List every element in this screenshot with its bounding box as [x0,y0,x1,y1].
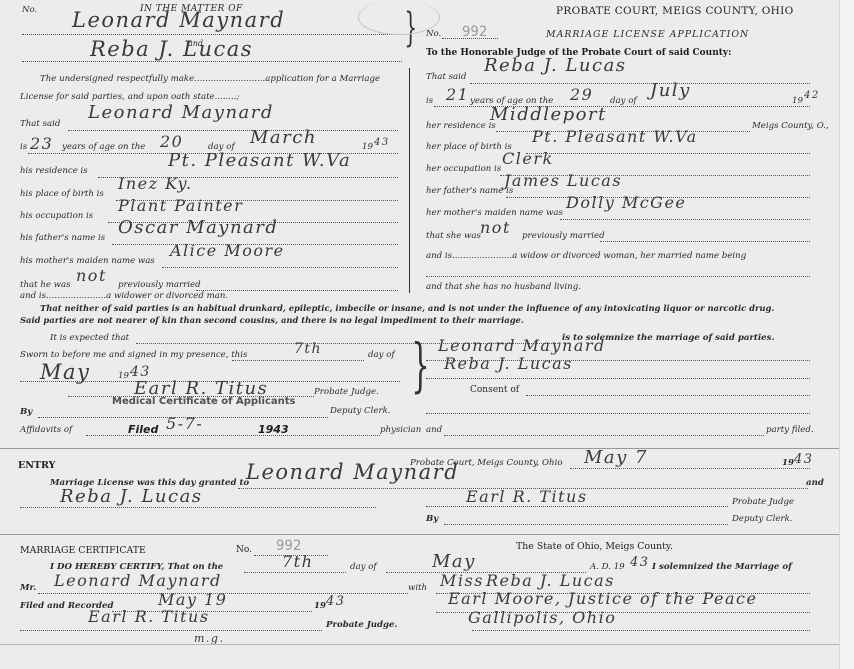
column-divider [409,68,410,293]
physician-label: physician [380,425,421,435]
groom-occupation-value: Plant Painter [118,196,243,215]
certificate-judge-line [20,630,322,631]
bottom-edge-line [0,644,840,645]
section-divider-entry [0,448,840,449]
applicant-signature-bride: Reba J. Lucas [444,354,573,373]
filed-year: 1943 [258,423,289,436]
intro-line-1: The undersigned respectfully make.......… [40,74,380,84]
groom-occupation-label: his occupation is [20,211,93,221]
groom-widower-line: and is......................a widower or… [20,291,228,301]
sworn-day-line [232,360,364,361]
affidavits-label: Affidavits of [20,425,72,435]
certificate-day: 7th [282,552,313,571]
entry-judge-signature: Earl R. Titus [466,487,588,506]
entry-groom: Leonard Maynard [246,460,459,484]
matter-no-label: No. [22,5,37,15]
bride-birthplace-label: her place of birth is [426,142,512,152]
bride-that-said-value: Reba J. Lucas [484,55,627,76]
groom-father-value: Oscar Maynard [118,217,278,238]
bride-prev-married-label-b: previously married [522,231,605,241]
entry-year-prefix: 19 [782,458,794,468]
groom-years-label: years of age on the [62,142,145,152]
groom-birth-month: March [250,127,317,148]
marriage-license-document: No. IN THE MATTER OF Leonard Maynard and… [0,0,840,669]
form-title: MARRIAGE LICENSE APPLICATION [546,29,749,40]
expected-label: It is expected that [50,333,129,343]
groom-birthplace-value: Inez Ky. [118,174,193,193]
bride-mother-line [560,219,810,220]
groom-that-said-label: That said [20,119,60,129]
applicant-signature-groom: Leonard Maynard [438,336,606,355]
right-brace-icon-2: } [411,336,429,394]
application-no-label: No. [426,29,441,39]
bride-that-said-line [470,83,810,84]
applicant-signature-line-2 [426,378,810,379]
bride-occupation-value: Clerk [502,149,554,168]
and-label-2: and [426,425,442,435]
bride-mother-value: Dolly McGee [566,193,686,212]
entry-deputy-line [444,524,728,525]
page-edge [839,0,854,669]
bride-year-prefix: 19 [792,96,803,106]
entry-title: ENTRY [18,460,55,471]
bride-birth-day: 29 [570,85,593,104]
entry-by-label: By [426,514,438,524]
consent-line-2 [426,413,810,414]
certificate-no-label: No. [236,545,252,555]
filed-stamp-label: Filed [128,423,158,436]
party-filed-label: party filed. [766,425,814,435]
entry-probate-judge-label: Probate Judge [732,497,794,507]
bride-occupation-label: her occupation is [426,164,501,174]
bride-prev-married-value: not [480,218,511,237]
officiant-city: Gallipolis, Ohio [468,608,616,627]
sworn-day-of-label: day of [368,350,395,360]
officiant: Earl Moore, Justice of the Peace [448,589,757,608]
bride-that-said-label: That said [426,72,466,82]
certificate-day-of-label: day of [350,562,377,572]
groom-age: 23 [30,134,53,153]
consent-line [526,395,810,396]
bride-birthplace-line [526,153,810,154]
certificate-judge-signature: Earl R. Titus [88,607,210,626]
groom-father-label: his father's name is [20,233,105,243]
application-number-stamp: 992 [462,24,487,40]
bride-day-of-label: day of [610,96,637,106]
groom-that-said-value: Leonard Maynard [88,102,274,123]
bride-age: 21 [446,85,469,104]
bride-residence-label: her residence is [426,121,496,131]
groom-prev-married-label-b: previously married [118,280,201,290]
groom-birth-day: 20 [160,132,183,151]
entry-deputy-clerk-label: Deputy Clerk. [732,514,793,524]
groom-residence-value: Pt. Pleasant W.Va [168,150,351,171]
by-label: By [20,407,32,417]
groom-year-suffix: 43 [374,137,390,148]
entry-judge-line [426,506,728,507]
certificate-filed-year-prefix: 19 [314,601,326,611]
groom-that-said-line [68,130,398,131]
entry-year-suffix: 43 [794,452,814,467]
groom-is-label: is [20,142,27,152]
miss-label: Miss [440,571,484,590]
consent-label: Consent of [470,385,519,395]
intro-line-2: License for said parties, and upon oath … [20,92,239,102]
bride-name-line [22,61,402,62]
party-filed-line [444,435,764,436]
court-header: PROBATE COURT, MEIGS COUNTY, OHIO [556,5,794,17]
sworn-year-prefix: 19 [118,371,129,381]
certificate-month: May [432,551,476,572]
bride-year-suffix: 42 [804,90,820,101]
groom-residence-label: his residence is [20,166,88,176]
groom-mother-line [162,267,398,268]
groom-mother-value: Alice Moore [170,241,285,260]
bride-residence-suffix: Meigs County, O., [752,121,829,131]
certificate-state-line: The State of Ohio, Meigs County. [516,541,673,552]
bride-no-husband-line: and that she has no husband living. [426,282,581,292]
filed-date: 5-7- [166,414,203,433]
sworn-day: 7th [294,341,322,357]
groom-name-line [22,34,402,35]
certificate-bride: Reba J. Lucas [486,571,615,590]
groom-prev-married-value: not [76,266,107,285]
groom-name-handwritten: Leonard Maynard [72,8,285,32]
groom-year-prefix: 19 [362,142,373,152]
certificate-year-suffix: 43 [630,555,650,570]
solemnized-label: I solemnized the Marriage of [652,562,792,572]
deputy-clerk-label: Deputy Clerk. [330,406,391,416]
certificate-probate-judge-label: Probate Judge. [326,620,398,630]
bride-name-handwritten: Reba J. Lucas [90,37,253,61]
bride-married-name-line [426,276,810,277]
entry-bride: Reba J. Lucas [60,486,203,507]
declaration-line-1: That neither of said parties is an habit… [40,303,774,313]
groom-birthplace-label: his place of birth is [20,189,104,199]
section-divider-certificate [0,534,840,535]
officiant-city-line [472,630,810,631]
bride-is-label: is [426,96,433,106]
certificate-day-line [244,572,346,573]
groom-mother-label: his mother's maiden name was [20,256,155,266]
groom-prev-married-label-a: that he was [20,280,71,290]
entry-date-line [570,468,810,469]
bride-prev-married-label-a: that she was [426,231,481,241]
bride-birth-month: July [650,80,691,101]
bride-father-value: James Lucas [504,171,622,190]
bride-widow-line: and is......................a widow or d… [426,251,746,261]
entry-bride-line [20,507,376,508]
bride-father-label: her father's name is [426,186,513,196]
certificate-title: MARRIAGE CERTIFICATE [20,545,146,556]
certificate-filed-year-suffix: 43 [326,594,346,609]
sworn-label: Sworn to before me and signed in my pres… [20,350,247,360]
mr-label: Mr. [20,583,36,593]
bride-birthplace-value: Pt. Pleasant W.Va [532,127,698,146]
entry-and-label: and [806,478,824,488]
medical-certificate-stamp: Medical Certificate of Applicants [112,396,295,407]
bride-residence-value: Middleport [490,104,607,125]
with-label: with [408,583,427,593]
entry-date: May 7 [584,447,648,468]
certificate-groom: Leonard Maynard [54,571,222,590]
declaration-line-2: Said parties are not nearer of kin than … [20,315,524,325]
bride-mother-label: her mother's maiden name was [426,208,563,218]
bride-prev-married-line [600,241,810,242]
probate-judge-label: Probate Judge. [314,387,379,397]
